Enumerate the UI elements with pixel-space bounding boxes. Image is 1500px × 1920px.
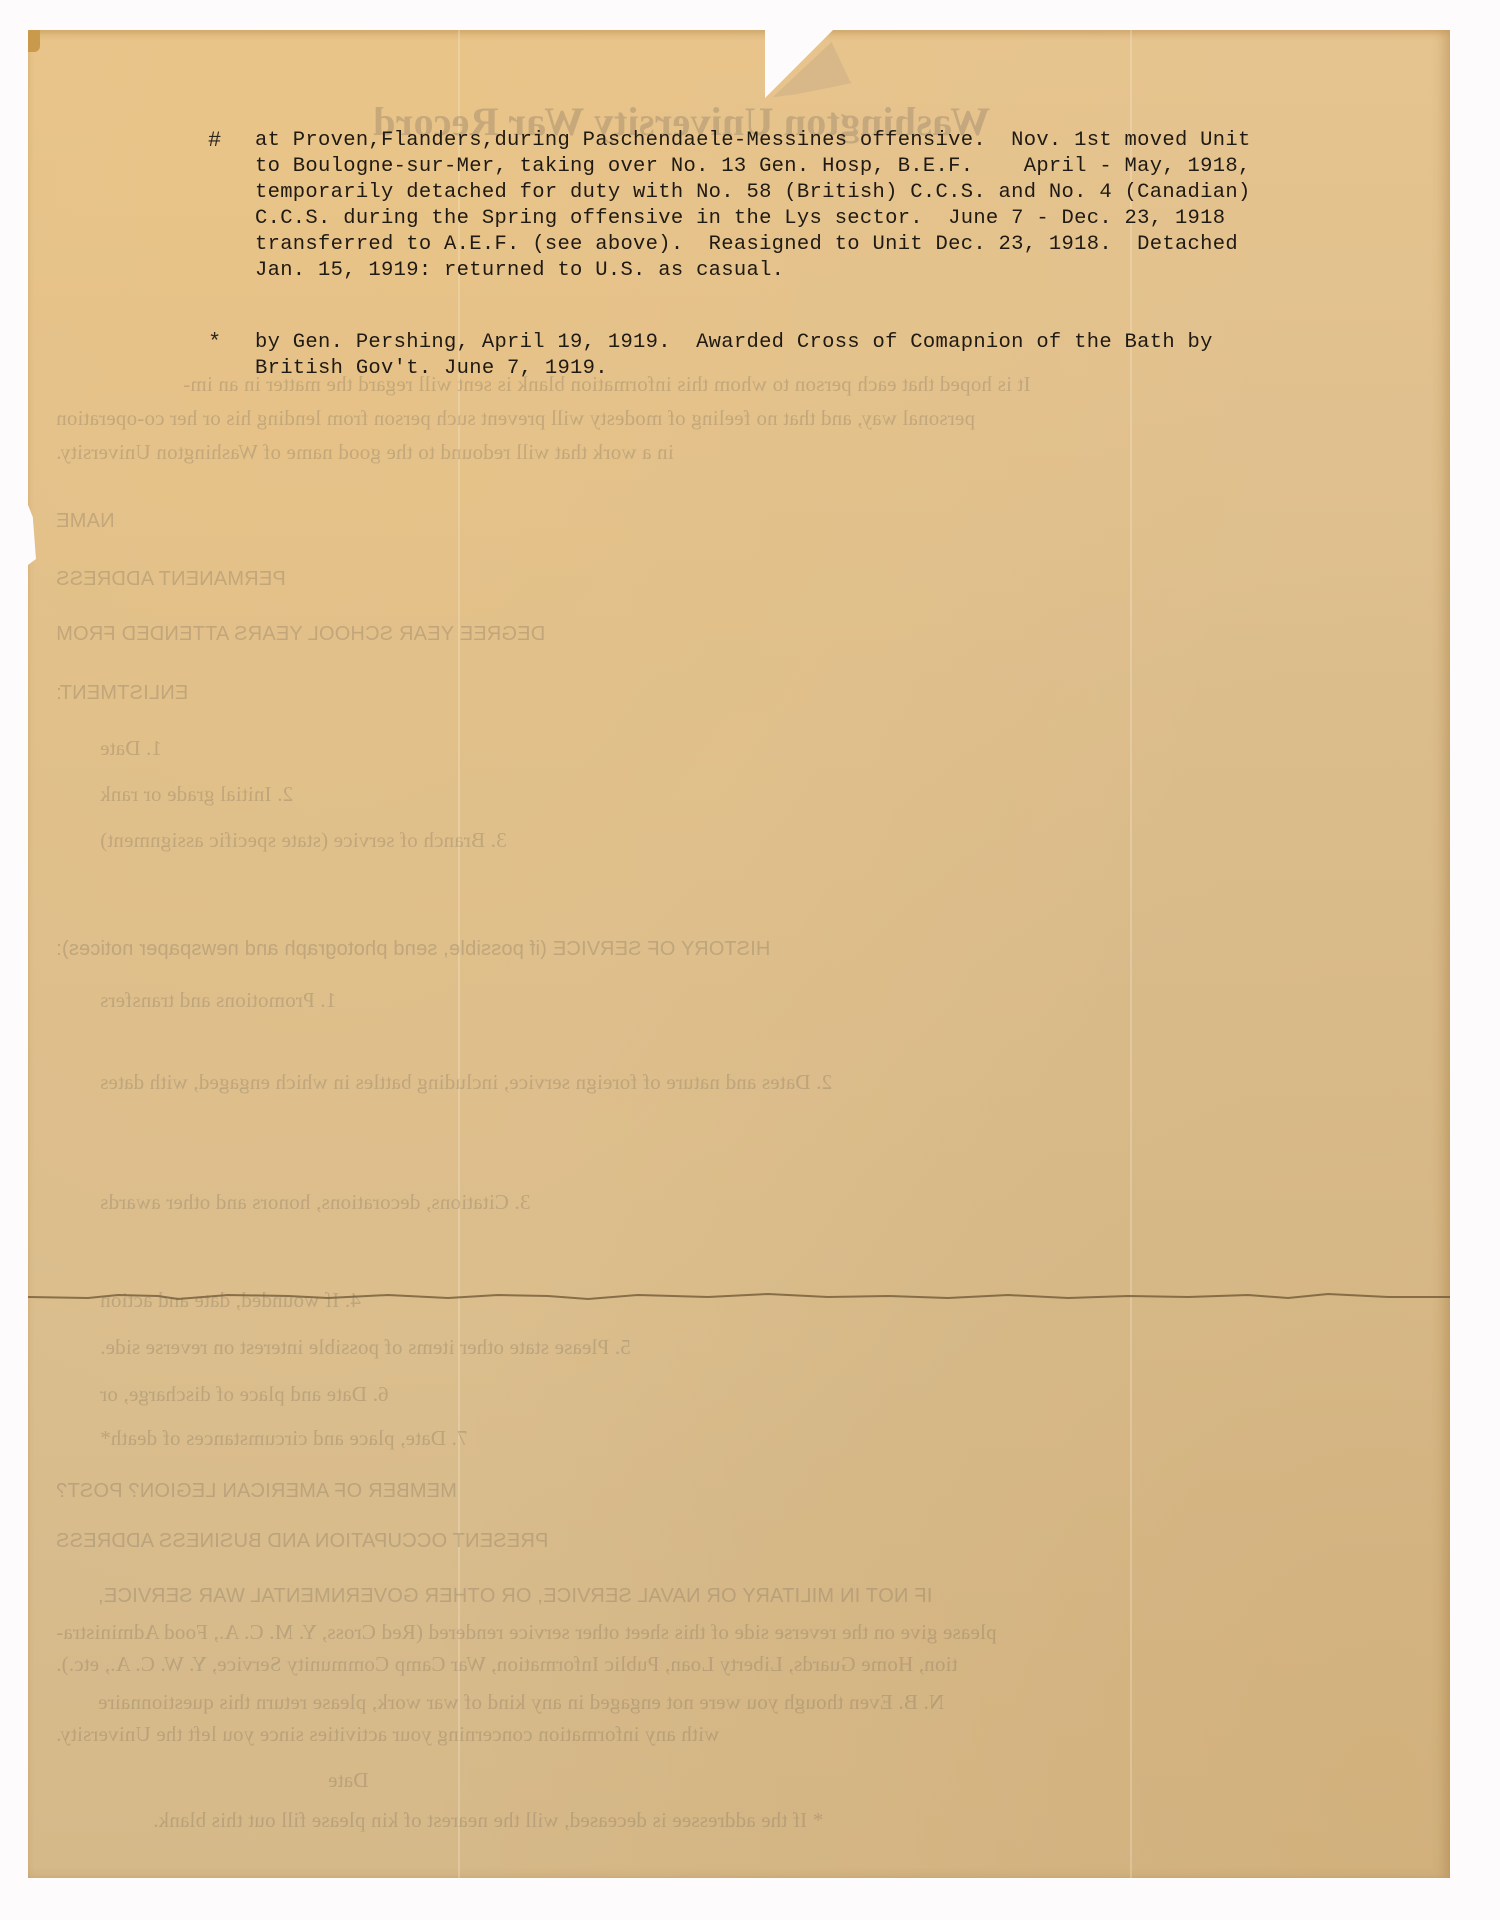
typed-line: Jan. 15, 1919: returned to U.S. as casua… <box>255 258 784 283</box>
horizontal-crease <box>28 1292 1450 1300</box>
typed-line: C.C.S. during the Spring offensive in th… <box>255 206 1225 231</box>
typed-line: at Proven,Flanders,during Paschendaele-M… <box>255 128 1251 153</box>
folded-corner <box>28 30 40 52</box>
typed-line: British Gov't. June 7, 1919. <box>255 356 608 381</box>
hash-footnote-marker: # <box>208 128 221 153</box>
aged-paper-sheet <box>28 30 1450 1878</box>
typed-line: by Gen. Pershing, April 19, 1919. Awarde… <box>255 330 1213 355</box>
typed-line: to Boulogne-sur-Mer, taking over No. 13 … <box>255 154 1251 179</box>
asterisk-footnote-marker: * <box>208 330 221 355</box>
vertical-fold-line <box>458 30 460 1878</box>
typed-line: temporarily detached for duty with No. 5… <box>255 180 1251 205</box>
typed-line: transferred to A.E.F. (see above). Reasi… <box>255 232 1238 257</box>
vertical-fold-line <box>1130 30 1132 1878</box>
